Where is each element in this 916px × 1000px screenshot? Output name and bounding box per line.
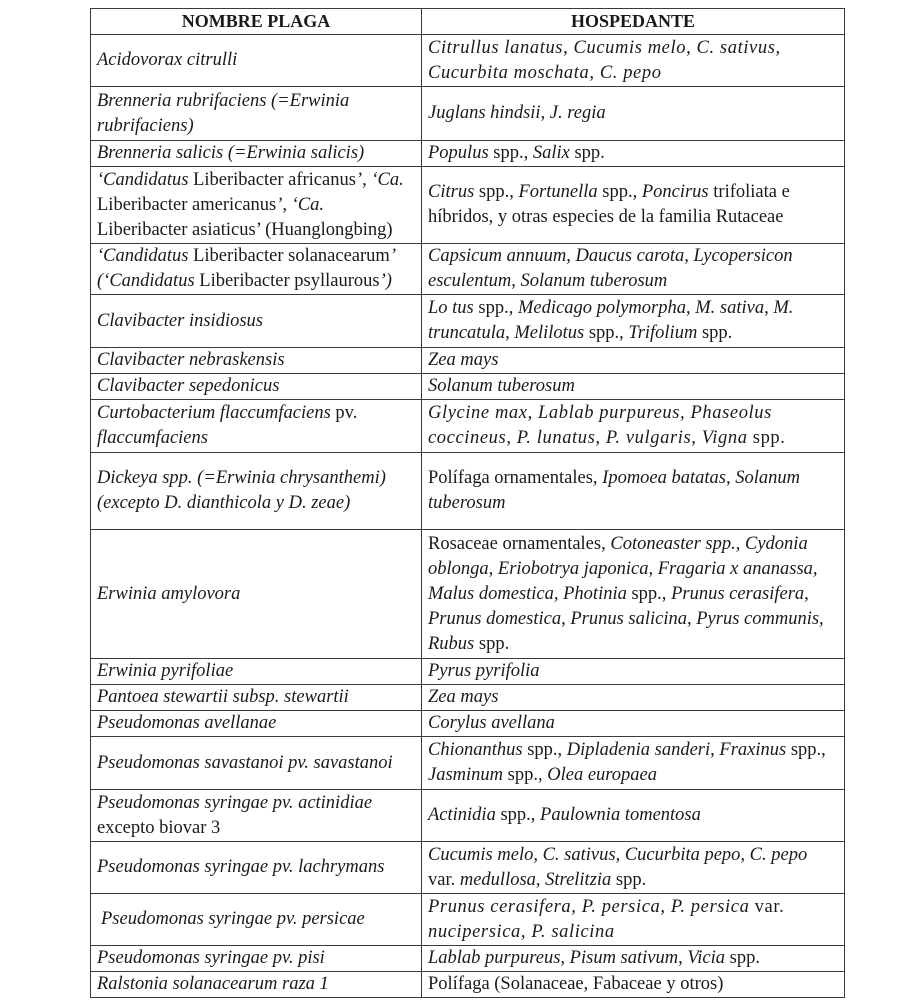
pest-name-cell: Clavibacter nebraskensis bbox=[91, 348, 422, 374]
italic-text: Zea mays bbox=[428, 687, 498, 707]
header-row: NOMBRE PLAGA HOSPEDANTE bbox=[91, 9, 845, 35]
host-cell: Capsicum annuum, Daucus carota, Lycopers… bbox=[422, 244, 845, 295]
host-cell: Corylus avellana bbox=[422, 711, 845, 737]
text: excepto biovar 3 bbox=[97, 818, 220, 838]
text: spp., bbox=[489, 143, 533, 163]
pest-name-cell: Brenneria rubrifaciens (=Erwinia rubrifa… bbox=[91, 87, 422, 141]
host-cell: Prunus cerasifera, P. persica, P. persic… bbox=[422, 894, 845, 946]
italic-text: Pseudomonas savastanoi pv. savastanoi bbox=[97, 753, 393, 773]
italic-text: Clavibacter insidiosus bbox=[97, 311, 263, 331]
italic-text: Zea mays bbox=[428, 350, 498, 370]
italic-text: Pantoea stewartii subsp. stewartii bbox=[97, 687, 349, 707]
text: var. bbox=[428, 870, 460, 890]
italic-text: ‘Candidatus bbox=[97, 170, 188, 190]
table-row: Pseudomonas avellanaeCorylus avellana bbox=[91, 711, 845, 737]
italic-text: Solanum tuberosum bbox=[428, 376, 575, 396]
table-row: Brenneria rubrifaciens (=Erwinia rubrifa… bbox=[91, 87, 845, 141]
italic-text: Populus bbox=[428, 143, 489, 163]
italic-text: Poncirus bbox=[642, 182, 709, 202]
italic-text: Corylus avellana bbox=[428, 713, 555, 733]
italic-text: nucipersica, P. salicina bbox=[428, 922, 615, 942]
text: spp. bbox=[474, 634, 509, 654]
pest-name-cell: ‘Candidatus Liberibacter solanacearum’ (… bbox=[91, 244, 422, 295]
italic-text: medullosa, Strelitzia bbox=[460, 870, 611, 890]
italic-text: Cucumis melo, C. sativus, Cucurbita pepo… bbox=[428, 845, 807, 865]
text: spp. bbox=[611, 870, 646, 890]
text: spp. bbox=[697, 323, 732, 343]
italic-text: Actinidia bbox=[428, 805, 496, 825]
text: Rosaceae ornamentales, bbox=[428, 534, 610, 554]
text: spp., bbox=[496, 805, 540, 825]
italic-text: Glycine max, Lablab purpureus, Phaseolus… bbox=[428, 403, 772, 448]
table-row: Pseudomonas syringae pv. actinidiae exce… bbox=[91, 790, 845, 842]
text: Liberibacter americanus bbox=[97, 195, 276, 215]
pest-name-cell: Erwinia amylovora bbox=[91, 530, 422, 659]
pest-name-cell: Pseudomonas syringae pv. persicae bbox=[91, 894, 422, 946]
italic-text: Citrus bbox=[428, 182, 474, 202]
pest-name-cell: Curtobacterium flaccumfaciens pv. flaccu… bbox=[91, 400, 422, 453]
table-row: ‘Candidatus Liberibacter africanus’, ‘Ca… bbox=[91, 167, 845, 244]
text: spp. bbox=[570, 143, 605, 163]
text: spp. bbox=[725, 948, 760, 968]
text: spp., bbox=[786, 740, 826, 760]
text: Liberibacter solanacearum bbox=[188, 246, 389, 266]
italic-text: Juglans hindsii, J. regia bbox=[428, 103, 606, 123]
text: var. bbox=[749, 897, 784, 917]
italic-text: Brenneria rubrifaciens (=Erwinia rubrifa… bbox=[97, 91, 349, 136]
italic-text: Brenneria salicis (=Erwinia salicis) bbox=[97, 143, 364, 163]
host-cell: Juglans hindsii, J. regia bbox=[422, 87, 845, 141]
text: Liberibacter africanus bbox=[188, 170, 355, 190]
italic-text: Chionanthus bbox=[428, 740, 523, 760]
italic-text: Jasminum bbox=[428, 765, 503, 785]
text: spp., bbox=[627, 584, 671, 604]
host-cell: Citrus spp., Fortunella spp., Poncirus t… bbox=[422, 167, 845, 244]
italic-text: Olea europaea bbox=[547, 765, 657, 785]
host-cell: Populus spp., Salix spp. bbox=[422, 141, 845, 167]
pest-name-cell: Pseudomonas avellanae bbox=[91, 711, 422, 737]
pest-name-cell: Pantoea stewartii subsp. stewartii bbox=[91, 685, 422, 711]
table-row: Clavibacter sepedonicusSolanum tuberosum bbox=[91, 374, 845, 400]
italic-text: Lo tus bbox=[428, 298, 474, 318]
pest-name-cell: Dickeya spp. (=Erwinia chrysanthemi) (ex… bbox=[91, 453, 422, 530]
pest-name-cell: Ralstonia solanacearum raza 1 bbox=[91, 972, 422, 998]
italic-text: Fortunella bbox=[518, 182, 597, 202]
table-row: Clavibacter nebraskensisZea mays bbox=[91, 348, 845, 374]
pest-name-cell: Brenneria salicis (=Erwinia salicis) bbox=[91, 141, 422, 167]
host-cell: Glycine max, Lablab purpureus, Phaseolus… bbox=[422, 400, 845, 453]
pest-name-cell: Erwinia pyrifoliae bbox=[91, 659, 422, 685]
pest-name-cell: Pseudomonas savastanoi pv. savastanoi bbox=[91, 737, 422, 790]
italic-text: Ralstonia solanacearum raza 1 bbox=[97, 974, 329, 994]
table-row: Erwinia pyrifoliaePyrus pyrifolia bbox=[91, 659, 845, 685]
text: spp., bbox=[503, 765, 547, 785]
header-pest-name: NOMBRE PLAGA bbox=[91, 9, 422, 35]
host-cell: Polífaga (Solanaceae, Fabaceae y otros) bbox=[422, 972, 845, 998]
italic-text: Erwinia pyrifoliae bbox=[97, 661, 233, 681]
host-cell: Lo tus spp., Medicago polymorpha, M. sat… bbox=[422, 295, 845, 348]
table-row: Dickeya spp. (=Erwinia chrysanthemi) (ex… bbox=[91, 453, 845, 530]
table-row: Pseudomonas syringae pv. persicaePrunus … bbox=[91, 894, 845, 946]
text: spp. bbox=[748, 428, 786, 448]
italic-text: ’) bbox=[380, 271, 392, 291]
italic-text: Pseudomonas avellanae bbox=[97, 713, 276, 733]
pest-name-cell: Acidovorax citrulli bbox=[91, 35, 422, 87]
italic-text: Trifolium bbox=[628, 323, 697, 343]
italic-text: Pseudomonas syringae pv. actinidiae bbox=[97, 793, 372, 813]
text: spp., bbox=[598, 182, 642, 202]
host-cell: Actinidia spp., Paulownia tomentosa bbox=[422, 790, 845, 842]
pest-name-cell: ‘Candidatus Liberibacter africanus’, ‘Ca… bbox=[91, 167, 422, 244]
text: spp., bbox=[523, 740, 567, 760]
pest-name-cell: Clavibacter insidiosus bbox=[91, 295, 422, 348]
table-body: Acidovorax citrulliCitrullus lanatus, Cu… bbox=[91, 35, 845, 998]
italic-text: Erwinia amylovora bbox=[97, 584, 240, 604]
italic-text: Pyrus pyrifolia bbox=[428, 661, 540, 681]
pest-name-cell: Pseudomonas syringae pv. lachrymans bbox=[91, 842, 422, 894]
host-cell: Pyrus pyrifolia bbox=[422, 659, 845, 685]
table-row: Erwinia amylovoraRosaceae ornamentales, … bbox=[91, 530, 845, 659]
italic-text: Citrullus lanatus, Cucumis melo, C. sati… bbox=[428, 38, 781, 83]
italic-text: Acidovorax citrulli bbox=[97, 50, 237, 70]
text: Polífaga ornamentales, bbox=[428, 468, 602, 488]
table-row: Pseudomonas savastanoi pv. savastanoiChi… bbox=[91, 737, 845, 790]
host-cell: Zea mays bbox=[422, 685, 845, 711]
table-row: Brenneria salicis (=Erwinia salicis)Popu… bbox=[91, 141, 845, 167]
italic-text: Capsicum annuum, Daucus carota, Lycopers… bbox=[428, 246, 793, 291]
table-row: Pantoea stewartii subsp. stewartiiZea ma… bbox=[91, 685, 845, 711]
text: Polífaga (Solanaceae, Fabaceae y otros) bbox=[428, 974, 723, 994]
pest-name-cell: Pseudomonas syringae pv. actinidiae exce… bbox=[91, 790, 422, 842]
italic-text: Dickeya spp. (=Erwinia chrysanthemi) (ex… bbox=[97, 468, 386, 513]
table-row: Acidovorax citrulliCitrullus lanatus, Cu… bbox=[91, 35, 845, 87]
pest-name-cell: Clavibacter sepedonicus bbox=[91, 374, 422, 400]
header-host: HOSPEDANTE bbox=[422, 9, 845, 35]
italic-text: Salix bbox=[533, 143, 570, 163]
italic-text: ‘Candidatus bbox=[97, 246, 188, 266]
table-row: Ralstonia solanacearum raza 1Polífaga (S… bbox=[91, 972, 845, 998]
text: spp., bbox=[474, 182, 518, 202]
italic-text: Pseudomonas syringae pv. persicae bbox=[101, 909, 365, 929]
text: pv. bbox=[331, 403, 358, 423]
table-row: Curtobacterium flaccumfaciens pv. flaccu… bbox=[91, 400, 845, 453]
host-cell: Cucumis melo, C. sativus, Cucurbita pepo… bbox=[422, 842, 845, 894]
host-cell: Rosaceae ornamentales, Cotoneaster spp.,… bbox=[422, 530, 845, 659]
italic-text: Clavibacter sepedonicus bbox=[97, 376, 279, 396]
host-cell: Citrullus lanatus, Cucumis melo, C. sati… bbox=[422, 35, 845, 87]
text: spp., bbox=[584, 323, 628, 343]
italic-text: Dipladenia sanderi, Fraxinus bbox=[567, 740, 786, 760]
host-cell: Zea mays bbox=[422, 348, 845, 374]
table-row: Pseudomonas syringae pv. lachrymansCucum… bbox=[91, 842, 845, 894]
pest-name-cell: Pseudomonas syringae pv. pisi bbox=[91, 946, 422, 972]
italic-text: Paulownia tomentosa bbox=[540, 805, 701, 825]
italic-text: Lablab purpureus, Pisum sativum, Vicia bbox=[428, 948, 725, 968]
table-row: Pseudomonas syringae pv. pisiLablab purp… bbox=[91, 946, 845, 972]
text: Liberibacter asiaticus’ (Huanglongbing) bbox=[97, 220, 393, 240]
italic-text: ’, ‘Ca. bbox=[276, 195, 324, 215]
italic-text: Prunus cerasifera, P. persica, P. persic… bbox=[428, 897, 749, 917]
host-cell: Solanum tuberosum bbox=[422, 374, 845, 400]
italic-text: Curtobacterium flaccumfaciens bbox=[97, 403, 331, 423]
pest-host-table: NOMBRE PLAGA HOSPEDANTE Acidovorax citru… bbox=[90, 8, 845, 998]
text: spp., bbox=[474, 298, 518, 318]
italic-text: flaccumfaciens bbox=[97, 428, 208, 448]
italic-text: Pseudomonas syringae pv. lachrymans bbox=[97, 857, 384, 877]
text: Liberibacter psyllaurous bbox=[195, 271, 380, 291]
host-cell: Polífaga ornamentales, Ipomoea batatas, … bbox=[422, 453, 845, 530]
table-row: Clavibacter insidiosusLo tus spp., Medic… bbox=[91, 295, 845, 348]
table-row: ‘Candidatus Liberibacter solanacearum’ (… bbox=[91, 244, 845, 295]
italic-text: ’, ‘Ca. bbox=[356, 170, 404, 190]
host-cell: Chionanthus spp., Dipladenia sanderi, Fr… bbox=[422, 737, 845, 790]
italic-text: Pseudomonas syringae pv. pisi bbox=[97, 948, 325, 968]
host-cell: Lablab purpureus, Pisum sativum, Vicia s… bbox=[422, 946, 845, 972]
italic-text: Clavibacter nebraskensis bbox=[97, 350, 285, 370]
